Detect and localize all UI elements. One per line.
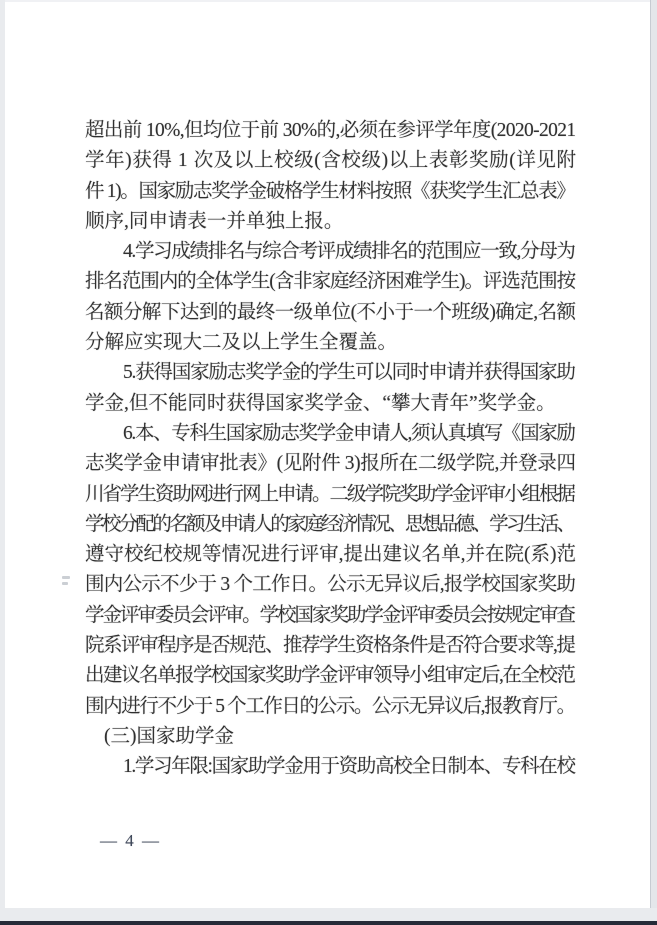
scan-smudge-artifact — [62, 574, 72, 590]
text-line: 分解应实现大二及以上学生全覆盖。 — [85, 328, 576, 358]
text-line: 6.本、专科生国家励志奖学金申请人,须认真填写《国家励 — [85, 419, 576, 449]
page-edge-bottom-band — [0, 908, 657, 921]
page-edge-right — [650, 0, 657, 925]
page-number: — 4 — — [100, 831, 161, 851]
page-edge-left — [0, 0, 5, 925]
text-line: 围内公示不少于 3 个工作日。公示无异议后,报学校国家奖助 — [85, 570, 576, 600]
text-line: 学金评审委员会评审。学校国家奖助学金评审委员会按规定审查 — [85, 601, 576, 631]
text-line: 学校分配的名额及申请人的家庭经济情况、思想品德、学习生活、 — [85, 510, 576, 540]
text-line: 学年)获得 1 次及以上校级(含校级)以上表彰奖励(详见附 — [85, 146, 576, 176]
text-line: 1.学习年限:国家助学金用于资助高校全日制本、专科在校 — [85, 752, 576, 782]
text-line: 出建议名单报学校国家奖助学金评审领导小组审定后,在全校范 — [85, 661, 576, 691]
text-line: 围内进行不少于 5 个工作日的公示。公示无异议后,报教育厅。 — [85, 692, 576, 722]
text-line: 名额分解下达到的最终一级单位(不小于一个班级)确定,名额 — [85, 298, 576, 328]
text-line: 件 1)。国家励志奖学金破格学生材料按照《获奖学生汇总表》 — [85, 177, 576, 207]
text-line: 志奖学金申请审批表》(见附件 3)报所在二级学院,并登录四 — [85, 449, 576, 479]
page-edge-top — [0, 0, 657, 2]
text-line: 超出前 10%,但均位于前 30%的,必须在参评学年度(2020-2021 — [85, 116, 576, 146]
text-line: 川省学生资助网进行网上申请。二级学院奖助学金评审小组根据 — [85, 480, 576, 510]
text-line: 排名范围内的全体学生(含非家庭经济困难学生)。评选范围按 — [85, 267, 576, 297]
text-line: 遵守校纪校规等情况进行评审,提出建议名单,并在院(系)范 — [85, 540, 576, 570]
text-line: 学金,但不能同时获得国家奖学金、“攀大青年”奖学金。 — [85, 389, 576, 419]
page-bottom-shadow-line — [0, 921, 657, 925]
text-line: 4.学习成绩排名与综合考评成绩排名的范围应一致,分母为 — [85, 237, 576, 267]
text-line: 顺序,同申请表一并单独上报。 — [85, 207, 576, 237]
text-line: 5.获得国家励志奖学金的学生可以同时申请并获得国家助 — [85, 358, 576, 388]
text-line: (三)国家助学金 — [85, 722, 576, 752]
text-line: 院系评审程序是否规范、推荐学生资格条件是否符合要求等,提 — [85, 631, 576, 661]
document-lines: 超出前 10%,但均位于前 30%的,必须在参评学年度(2020-2021学年)… — [85, 116, 576, 783]
document-page: 超出前 10%,但均位于前 30%的,必须在参评学年度(2020-2021学年)… — [0, 0, 657, 925]
